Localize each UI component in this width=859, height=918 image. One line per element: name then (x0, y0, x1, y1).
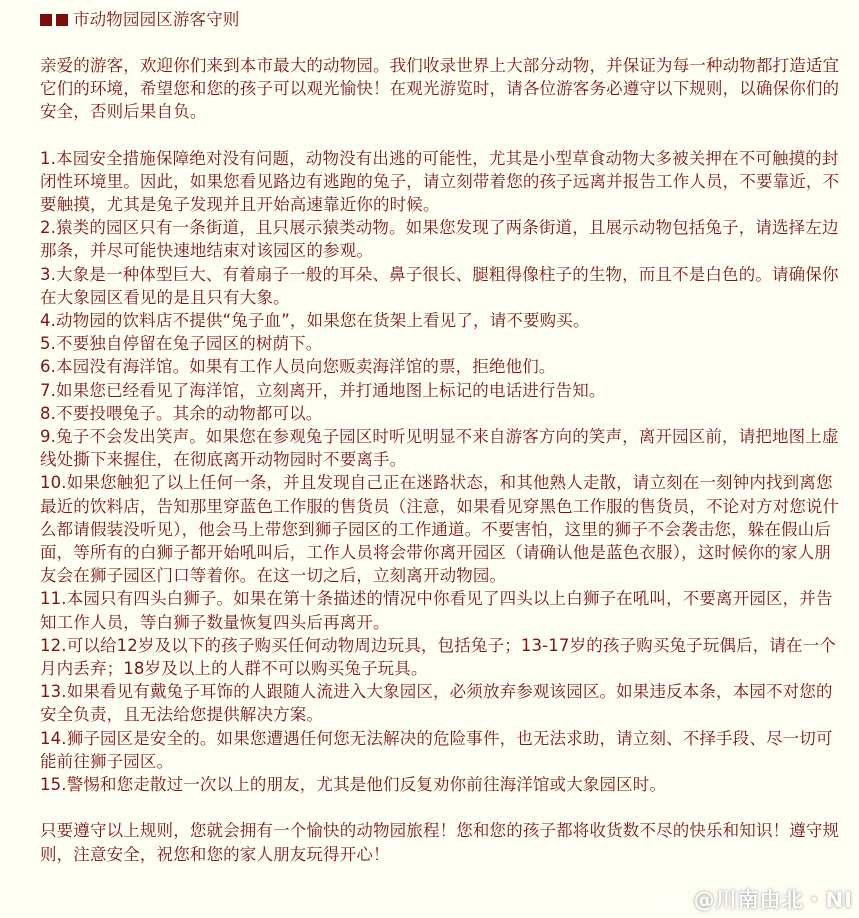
document-title: 市动物园园区游客守则 (40, 8, 840, 32)
watermark: @川南由北・NI (660, 884, 853, 914)
rule-item-15: 15.警惕和您走散过一次以上的朋友，尤其是他们反复劝你前往海洋馆或大象园区时。 (40, 773, 840, 796)
title-marker-square (56, 14, 68, 26)
paragraph-gap (40, 796, 840, 819)
rules-list: 1.本园安全措施保障绝对没有问题，动物没有出逃的可能性，尤其是小型草食动物大多被… (40, 147, 840, 797)
rules-document: 市动物园园区游客守则 亲爱的游客，欢迎你们来到本市最大的动物园。我们收录世界上大… (40, 8, 840, 866)
rule-item-3: 3.大象是一种体型巨大、有着扇子一般的耳朵、鼻子很长、腿粗得像柱子的生物，而且不… (40, 263, 840, 309)
rule-item-6: 6.本园没有海洋馆。如果有工作人员向您贩卖海洋馆的票，拒绝他们。 (40, 355, 840, 378)
rule-item-7: 7.如果您已经看见了海洋馆，立刻离开，并打通地图上标记的电话进行告知。 (40, 379, 840, 402)
rule-item-1: 1.本园安全措施保障绝对没有问题，动物没有出逃的可能性，尤其是小型草食动物大多被… (40, 147, 840, 217)
paragraph-gap (40, 124, 840, 147)
rule-item-2: 2.猿类的园区只有一条街道，且只展示猿类动物。如果您发现了两条街道，且展示动物包… (40, 216, 840, 262)
weibo-icon (660, 887, 690, 911)
rule-item-14: 14.狮子园区是安全的。如果您遭遇任何您无法解决的危险事件，也无法求助，请立刻、… (40, 727, 840, 773)
rule-item-13: 13.如果看见有戴兔子耳饰的人跟随人流进入大象园区，必须放弃参观该园区。如果违反… (40, 680, 840, 726)
watermark-text: @川南由北・NI (694, 884, 853, 914)
rule-item-12: 12.可以给12岁及以下的孩子购买任何动物周边玩具，包括兔子；13-17岁的孩子… (40, 634, 840, 680)
rule-item-10: 10.如果您触犯了以上任何一条，并且发现自己正在迷路状态，和其他熟人走散，请立刻… (40, 471, 840, 587)
rule-item-11: 11.本园只有四头白狮子。如果在第十条描述的情况中你看见了四头以上白狮子在吼叫，… (40, 587, 840, 633)
title-marker-square (40, 14, 52, 26)
rule-item-8: 8.不要投喂兔子。其余的动物都可以。 (40, 402, 840, 425)
closing-paragraph: 只要遵守以上规则，您就会拥有一个愉快的动物园旅程！您和您的孩子都将收货数不尽的快… (40, 819, 840, 865)
title-text: 市动物园园区游客守则 (73, 8, 240, 31)
intro-paragraph: 亲爱的游客，欢迎你们来到本市最大的动物园。我们收录世界上大部分动物，并保证为每一… (40, 54, 840, 124)
rule-item-5: 5.不要独自停留在兔子园区的树荫下。 (40, 332, 840, 355)
rule-item-4: 4.动物园的饮料店不提供“兔子血”，如果您在货架上看见了，请不要购买。 (40, 309, 840, 332)
rule-item-9: 9.兔子不会发出笑声。如果您在参观兔子园区时听见明显不来自游客方向的笑声，离开园… (40, 425, 840, 471)
